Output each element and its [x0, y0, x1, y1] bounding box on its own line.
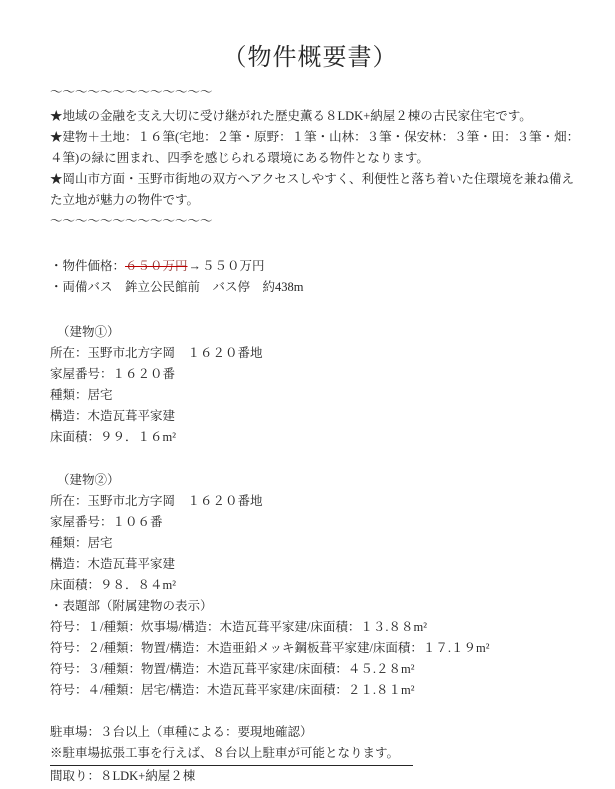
building2-floor-area: 床面積：９８．８４m²	[50, 575, 570, 596]
tilde-divider-bottom: ～～～～～～～～～～～～～	[50, 211, 570, 232]
annex-row-2: 符号：２/種類：物置/構造：木造亜鉛メッキ鋼板葺平家建/床面積：１７.１９m²	[50, 638, 570, 659]
intro-section: ★地域の金融を支え大切に受け継がれた歴史薫る８LDK+納屋２棟の古民家住宅です。…	[50, 106, 570, 211]
building2-section: （建物②） 所在：玉野市北方字岡 １６２０番地 家屋番号：１０６番 種類：居宅 …	[50, 470, 570, 596]
property-summary-document: （物件概要書） ～～～～～～～～～～～～～ ★地域の金融を支え大切に受け継がれた…	[0, 0, 615, 789]
intro-line-land-summary-1: ★建物＋土地：１６筆(宅地：２筆・原野：１筆・山林：３筆・保安林：３筆・田：３筆…	[50, 127, 570, 148]
annex-row-3: 符号：３/種類：物置/構造：木造瓦葺平家建/床面積：４５.２８m²	[50, 659, 570, 680]
building1-heading: （建物①）	[50, 322, 570, 343]
annex-section: ・表題部（附属建物の表示） 符号：１/種類：炊事場/構造：木造瓦葺平家建/床面積…	[50, 596, 570, 701]
price-section: ・物件価格：６５０万円→５５０万円 ・両備バス 鉾立公民館前 バス停 約438m	[50, 256, 570, 298]
building2-structure: 構造：木造瓦葺平家建	[50, 554, 570, 575]
building1-floor-area: 床面積：９９．１６m²	[50, 427, 570, 448]
price-label: ・物件価格：	[50, 259, 125, 273]
footer-section: 駐車場：３台以上（車種による：要現地確認） ※駐車場拡張工事を行えば、８台以上駐…	[50, 722, 570, 787]
price-line: ・物件価格：６５０万円→５５０万円	[50, 256, 570, 277]
annex-heading: ・表題部（附属建物の表示）	[50, 596, 570, 617]
building1-structure: 構造：木造瓦葺平家建	[50, 406, 570, 427]
building2-house-number: 家屋番号：１０６番	[50, 512, 570, 533]
building1-section: （建物①） 所在：玉野市北方字岡 １６２０番地 家屋番号：１６２０番 種類：居宅…	[50, 322, 570, 448]
parking-note-line: ※駐車場拡張工事を行えば、８台以上駐車が可能となります。	[50, 743, 570, 766]
intro-line-access-1: ★岡山市方面・玉野市街地の双方へアクセスしやすく、利便性と落ち着いた住環境を兼ね…	[50, 169, 570, 190]
building2-address: 所在：玉野市北方字岡 １６２０番地	[50, 491, 570, 512]
building1-type: 種類：居宅	[50, 385, 570, 406]
intro-line-access-2: た立地が魅力の物件です。	[50, 190, 570, 211]
parking-line: 駐車場：３台以上（車種による：要現地確認）	[50, 722, 570, 743]
annex-row-4: 符号：４/種類：居宅/構造：木造瓦葺平家建/床面積：２１.８１m²	[50, 680, 570, 701]
intro-line-land-summary-2: ４筆)の緑に囲まれ、四季を感じられる環境にある物件となります。	[50, 148, 570, 169]
building1-address: 所在：玉野市北方字岡 １６２０番地	[50, 343, 570, 364]
bus-access-line: ・両備バス 鉾立公民館前 バス停 約438m	[50, 277, 570, 298]
tilde-divider-top: ～～～～～～～～～～～～～	[50, 82, 570, 103]
floor-plan-line: 間取り：８LDK+納屋２棟	[50, 766, 570, 787]
building2-heading: （建物②）	[50, 470, 570, 491]
old-price-strikethrough: ６５０万円	[125, 259, 188, 273]
intro-line-catchcopy-1: ★地域の金融を支え大切に受け継がれた歴史薫る８LDK+納屋２棟の古民家住宅です。	[50, 106, 570, 127]
annex-row-1: 符号：１/種類：炊事場/構造：木造瓦葺平家建/床面積：１３.８８m²	[50, 617, 570, 638]
new-price: ５５０万円	[202, 259, 265, 273]
building1-house-number: 家屋番号：１６２０番	[50, 364, 570, 385]
parking-note-underlined: ※駐車場拡張工事を行えば、８台以上駐車が可能となります。	[50, 743, 413, 766]
price-change-arrow-icon: →	[188, 259, 203, 273]
document-title: （物件概要書）	[50, 42, 570, 74]
building2-type: 種類：居宅	[50, 533, 570, 554]
